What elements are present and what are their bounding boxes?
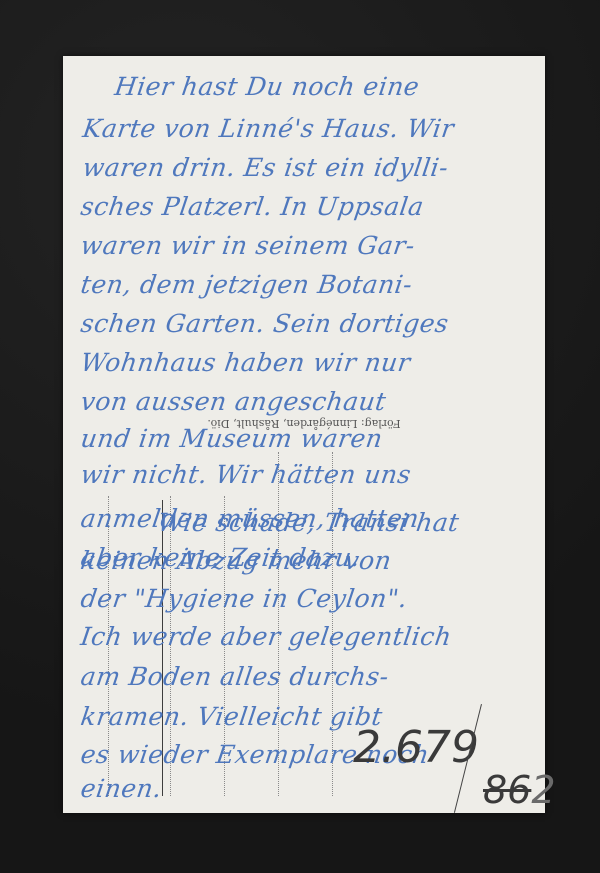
letter-line: von aussen angeschaut bbox=[79, 389, 388, 414]
letter-line: Hier hast Du noch eine bbox=[113, 74, 421, 99]
letter-line: schen Garten. Sein dortiges bbox=[79, 311, 450, 336]
letter-line: waren wir in seinem Gar- bbox=[79, 233, 416, 258]
letter-line: kramen. Vielleicht gibt bbox=[79, 704, 384, 729]
archival-subnumber-struck: 86 bbox=[483, 768, 531, 812]
archival-subnumber: 862 bbox=[483, 768, 556, 812]
archival-number-main: 2.679 bbox=[353, 722, 479, 773]
letter-line: wir nicht. Wir hätten uns bbox=[79, 462, 413, 487]
letter-line: Wie schade, Transi hat bbox=[156, 510, 460, 535]
postcard: Förlag: Linnégården, Råshult, Diö. Hier … bbox=[63, 56, 545, 813]
letter-line: sches Platzerl. In Uppsala bbox=[79, 194, 425, 219]
letter-line: und im Museum waren bbox=[79, 426, 384, 451]
archival-number: 2.679 bbox=[353, 722, 479, 773]
letter-line: am Boden alles durchs- bbox=[79, 664, 390, 689]
archival-subnumber-correction: 2 bbox=[531, 768, 555, 812]
letter-line: Karte von Linné's Haus. Wir bbox=[81, 116, 456, 141]
letter-line: keinen Abzug mehr von bbox=[79, 548, 393, 573]
letter-line: ten, dem jetzigen Botani- bbox=[79, 272, 414, 297]
letter-line: einen. bbox=[79, 776, 163, 801]
letter-line: waren drin. Es ist ein idylli- bbox=[81, 155, 450, 180]
letter-line: der "Hygiene in Ceylon". bbox=[79, 586, 409, 611]
letter-line: Wohnhaus haben wir nur bbox=[79, 350, 412, 375]
letter-line: Ich werde aber gelegentlich bbox=[79, 624, 453, 649]
